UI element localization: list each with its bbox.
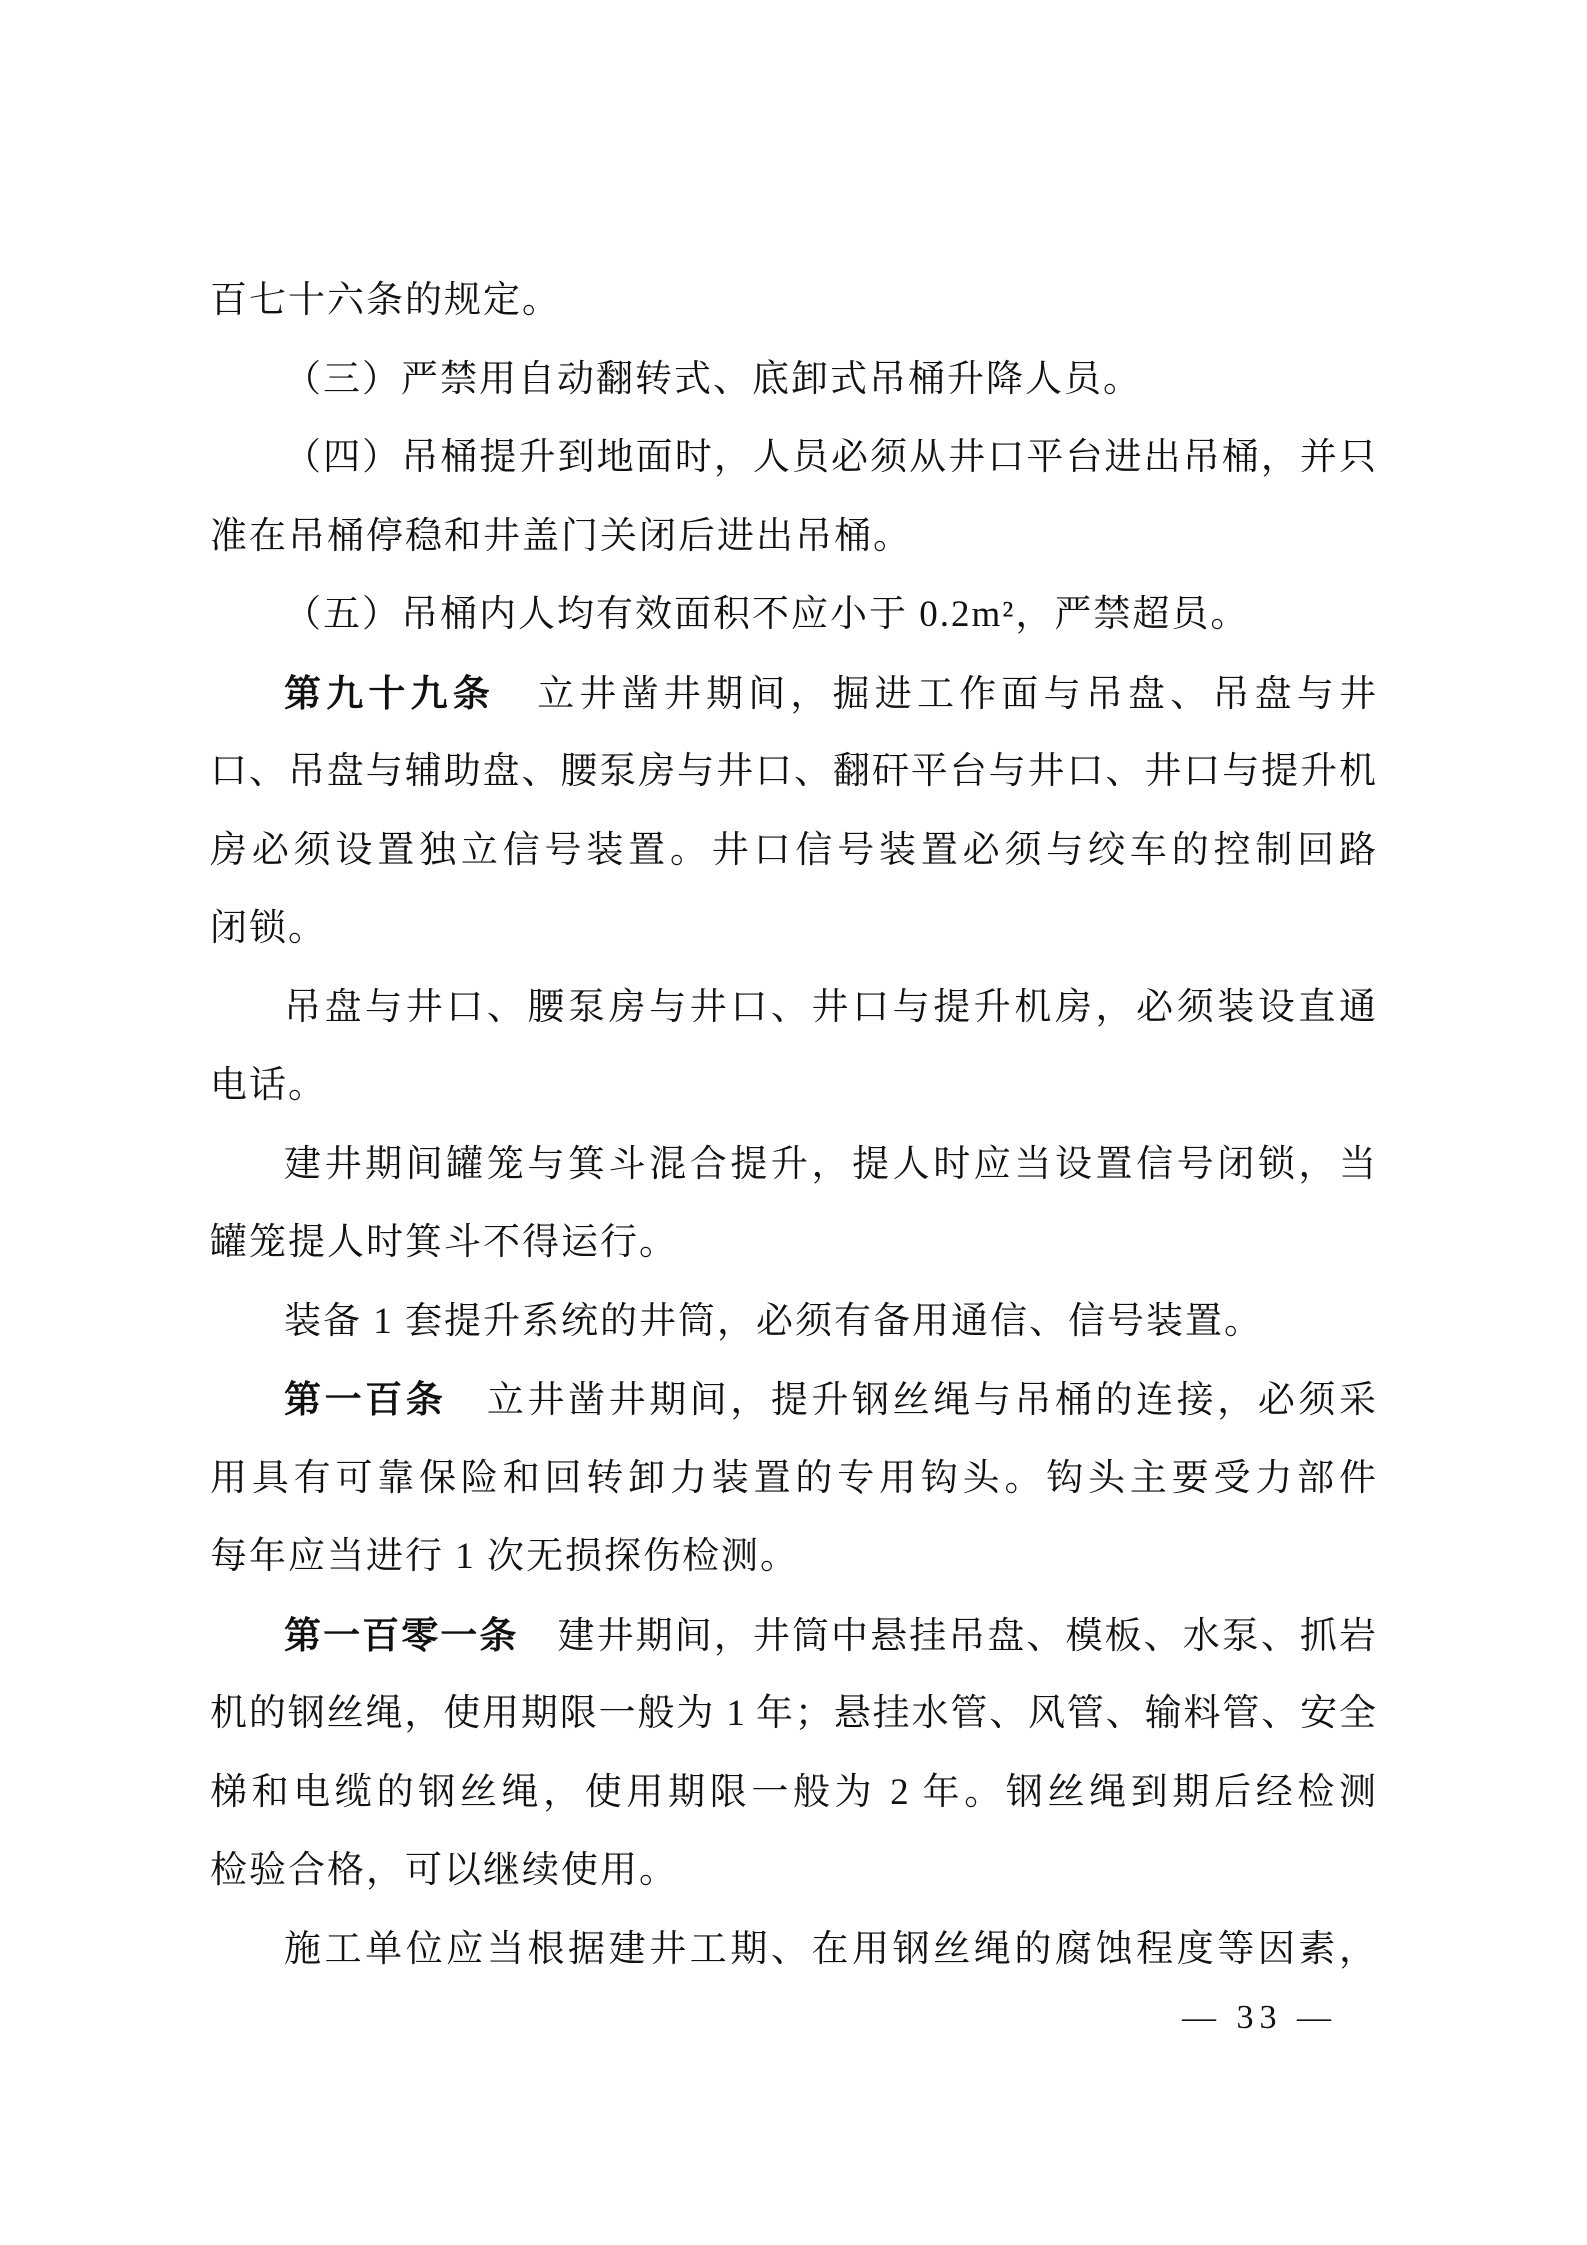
text-segment: 施工单位应当根据建井工期、在用钢丝绳的腐蚀程度等因素， [284,1929,1376,1970]
text-line: 施工单位应当根据建井工期、在用钢丝绳的腐蚀程度等因素， [210,1911,1376,1990]
text-line: 房必须设置独立信号装置。井口信号装置必须与绞车的控制回路 [210,812,1376,891]
text-line: （三）严禁用自动翻转式、底卸式吊桶升降人员。 [210,341,1376,420]
text-segment: 建井期间，井筒中悬挂吊盘、模板、水泵、抓岩 [518,1616,1376,1657]
text-segment: 用具有可靠保险和回转卸力装置的专用钩头。钩头主要受力部件 [210,1458,1376,1499]
text-segment: 罐笼提人时箕斗不得运行。 [210,1222,678,1263]
text-line: 建井期间罐笼与箕斗混合提升，提人时应当设置信号闭锁，当 [210,1126,1376,1205]
text-segment: 梯和电缆的钢丝绳，使用期限一般为 2 年。钢丝绳到期后经检测 [210,1772,1376,1813]
text-line: 闭锁。 [210,890,1376,969]
text-line: （五）吊桶内人均有效面积不应小于 0.2m²，严禁超员。 [210,576,1376,655]
text-segment: 口、吊盘与辅助盘、腰泵房与井口、翻矸平台与井口、井口与提升机 [210,751,1376,792]
document-page: 百七十六条的规定。（三）严禁用自动翻转式、底卸式吊桶升降人员。（四）吊桶提升到地… [0,0,1587,2245]
text-line: 第一百零一条 建井期间，井筒中悬挂吊盘、模板、水泵、抓岩 [210,1597,1376,1676]
article-number-heading: 第九十九条 [284,673,495,714]
text-segment: 房必须设置独立信号装置。井口信号装置必须与绞车的控制回路 [210,830,1376,871]
article-number-heading: 第一百条 [284,1379,446,1420]
text-segment: 电话。 [210,1065,327,1106]
text-segment: 检验合格，可以继续使用。 [210,1850,678,1891]
text-line: 第一百条 立井凿井期间，提升钢丝绳与吊桶的连接，必须采 [210,1361,1376,1440]
text-segment: 闭锁。 [210,908,327,949]
text-segment: （五）吊桶内人均有效面积不应小于 0.2m²，严禁超员。 [284,594,1249,635]
text-line: 百七十六条的规定。 [210,262,1376,341]
text-segment: 每年应当进行 1 次无损探伤检测。 [210,1536,799,1577]
text-line: 口、吊盘与辅助盘、腰泵房与井口、翻矸平台与井口、井口与提升机 [210,733,1376,812]
text-line: 检验合格，可以继续使用。 [210,1832,1376,1911]
text-line: （四）吊桶提升到地面时，人员必须从井口平台进出吊桶，并只 [210,419,1376,498]
text-line: 梯和电缆的钢丝绳，使用期限一般为 2 年。钢丝绳到期后经检测 [210,1754,1376,1833]
text-segment: 立井凿井期间，掘进工作面与吊盘、吊盘与井 [495,674,1376,715]
text-line: 装备 1 套提升系统的井筒，必须有备用通信、信号装置。 [210,1283,1376,1362]
text-segment: 立井凿井期间，提升钢丝绳与吊桶的连接，必须采 [446,1380,1376,1421]
text-line: 每年应当进行 1 次无损探伤检测。 [210,1518,1376,1597]
page-number: — 33 — [1182,1996,1337,2040]
text-line: 吊盘与井口、腰泵房与井口、井口与提升机房，必须装设直通 [210,969,1376,1048]
text-segment: 百七十六条的规定。 [210,280,561,321]
text-segment: （四）吊桶提升到地面时，人员必须从井口平台进出吊桶，并只 [284,437,1376,478]
text-line: 第九十九条 立井凿井期间，掘进工作面与吊盘、吊盘与井 [210,655,1376,734]
text-segment: （三）严禁用自动翻转式、底卸式吊桶升降人员。 [284,359,1142,400]
text-line: 用具有可靠保险和回转卸力装置的专用钩头。钩头主要受力部件 [210,1440,1376,1519]
text-line: 电话。 [210,1047,1376,1126]
text-segment: 机的钢丝绳，使用期限一般为 1 年；悬挂水管、风管、输料管、安全 [210,1693,1376,1734]
text-segment: 建井期间罐笼与箕斗混合提升，提人时应当设置信号闭锁，当 [284,1144,1376,1185]
text-segment: 装备 1 套提升系统的井筒，必须有备用通信、信号装置。 [284,1301,1263,1342]
text-line: 罐笼提人时箕斗不得运行。 [210,1204,1376,1283]
text-line: 机的钢丝绳，使用期限一般为 1 年；悬挂水管、风管、输料管、安全 [210,1675,1376,1754]
text-segment: 准在吊桶停稳和井盖门关闭后进出吊桶。 [210,516,912,557]
text-line: 准在吊桶停稳和井盖门关闭后进出吊桶。 [210,498,1376,577]
body-text: 百七十六条的规定。（三）严禁用自动翻转式、底卸式吊桶升降人员。（四）吊桶提升到地… [210,262,1376,1989]
article-number-heading: 第一百零一条 [284,1615,518,1656]
text-segment: 吊盘与井口、腰泵房与井口、井口与提升机房，必须装设直通 [284,987,1376,1028]
